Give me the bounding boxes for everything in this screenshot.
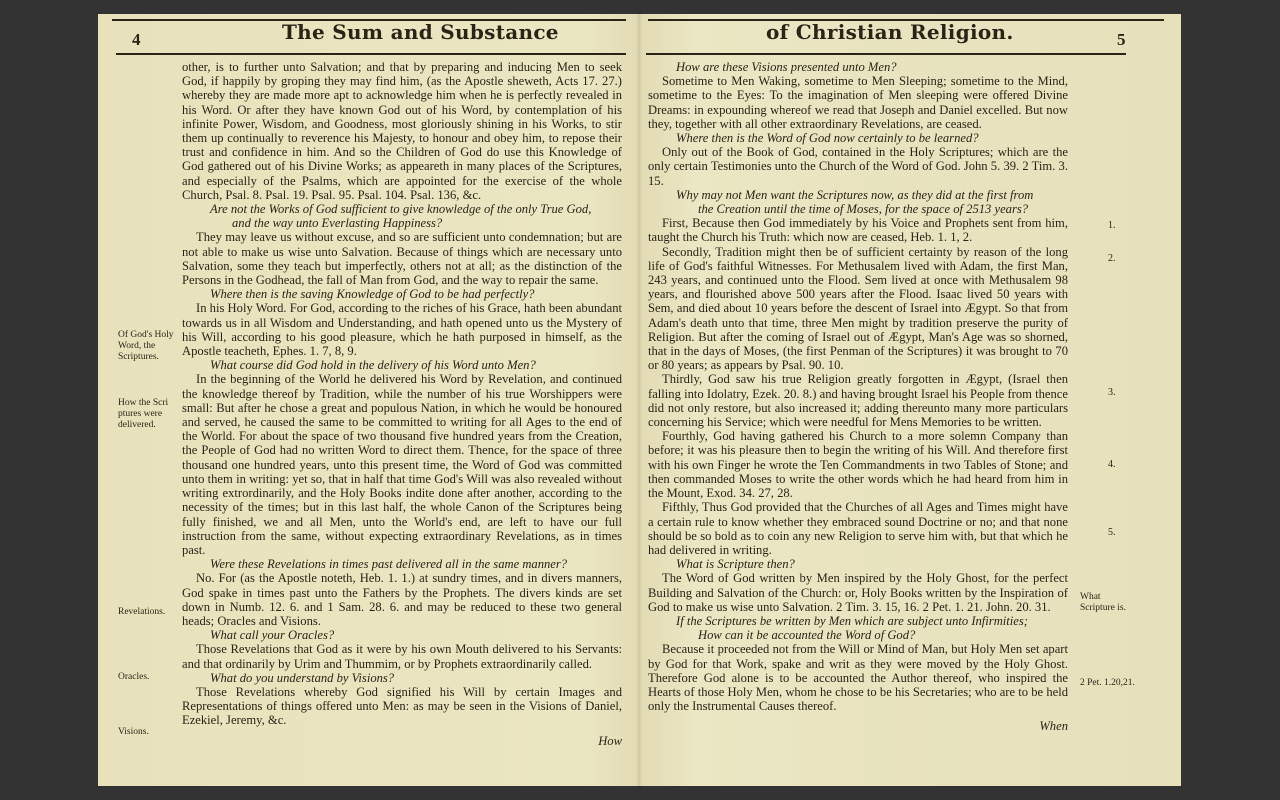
paragraph: Those Revelations that God as it were by…: [182, 642, 622, 670]
question-line: Were these Revelations in times past del…: [182, 557, 622, 571]
paragraph: First, Because then God immediately by h…: [648, 216, 1068, 244]
page-text: How are these Visions presented unto Men…: [648, 60, 1068, 734]
running-head: of Christian Religion.: [766, 20, 1014, 44]
question-line: Where then is the saving Knowledge of Go…: [182, 287, 622, 301]
margin-note: Oracles.: [118, 672, 184, 683]
paragraph: Because it proceeded not from the Will o…: [648, 642, 1068, 713]
page-text: other, is to further unto Salvation; and…: [182, 60, 622, 748]
margin-number: 3.: [1108, 387, 1116, 398]
question-line: If the Scriptures be written by Men whic…: [648, 614, 1068, 628]
question-line: Where then is the Word of God now certai…: [648, 131, 1068, 145]
paragraph: Those Revelations whereby God signified …: [182, 685, 622, 728]
page-number: 5: [1117, 30, 1126, 50]
catchword: When: [648, 719, 1068, 733]
header-rule: [646, 53, 1126, 55]
paragraph: They may leave us without excuse, and so…: [182, 230, 622, 287]
paragraph: Fifthly, Thus God provided that the Chur…: [648, 500, 1068, 557]
margin-number: 2.: [1108, 253, 1116, 264]
question-line: What do you understand by Visions?: [182, 671, 622, 685]
question-line: Why may not Men want the Scriptures now,…: [648, 188, 1068, 202]
paragraph: other, is to further unto Salvation; and…: [182, 60, 622, 202]
left-page: 4 The Sum and Substance Of God's Holy Wo…: [98, 14, 638, 786]
question-line: How can it be accounted the Word of God?: [648, 628, 1068, 642]
paragraph: In the beginning of the World he deliver…: [182, 372, 622, 557]
paragraph: In his Holy Word. For God, according to …: [182, 301, 622, 358]
margin-note: What Scripture is.: [1080, 592, 1136, 614]
question-line: What course did God hold in the delivery…: [182, 358, 622, 372]
question-line: How are these Visions presented unto Men…: [648, 60, 1068, 74]
margin-note: Revelations.: [118, 607, 184, 618]
margin-note: Of God's Holy Word, the Scriptures.: [118, 330, 184, 363]
paragraph: Only out of the Book of God, contained i…: [648, 145, 1068, 188]
right-page: of Christian Religion. 5 What Scripture …: [640, 14, 1181, 786]
question-line: What call your Oracles?: [182, 628, 622, 642]
paragraph: Fourthly, God having gathered his Church…: [648, 429, 1068, 500]
margin-number: 4.: [1108, 459, 1116, 470]
paragraph: Secondly, Tradition might then be of suf…: [648, 245, 1068, 373]
catchword: How: [182, 734, 622, 748]
margin-number: 5.: [1108, 527, 1116, 538]
paragraph: Sometime to Men Waking, sometime to Men …: [648, 74, 1068, 131]
book-spread: 4 The Sum and Substance Of God's Holy Wo…: [98, 14, 1181, 786]
page-number: 4: [132, 30, 141, 50]
margin-note: How the Scri ptures were delivered.: [118, 398, 184, 431]
question-line: Are not the Works of God sufficient to g…: [182, 202, 622, 216]
margin-note: Visions.: [118, 727, 184, 738]
margin-note: 2 Pet. 1.20,21.: [1080, 678, 1136, 689]
margin-number: 1.: [1108, 220, 1116, 231]
paragraph: No. For (as the Apostle noteth, Heb. 1. …: [182, 571, 622, 628]
paragraph: Thirdly, God saw his true Religion great…: [648, 372, 1068, 429]
running-head: The Sum and Substance: [282, 20, 559, 44]
question-line: and the way unto Everlasting Happiness?: [182, 216, 622, 230]
header-rule: [116, 53, 626, 55]
paragraph: The Word of God written by Men inspired …: [648, 571, 1068, 614]
question-line: What is Scripture then?: [648, 557, 1068, 571]
question-line: the Creation until the time of Moses, fo…: [648, 202, 1068, 216]
